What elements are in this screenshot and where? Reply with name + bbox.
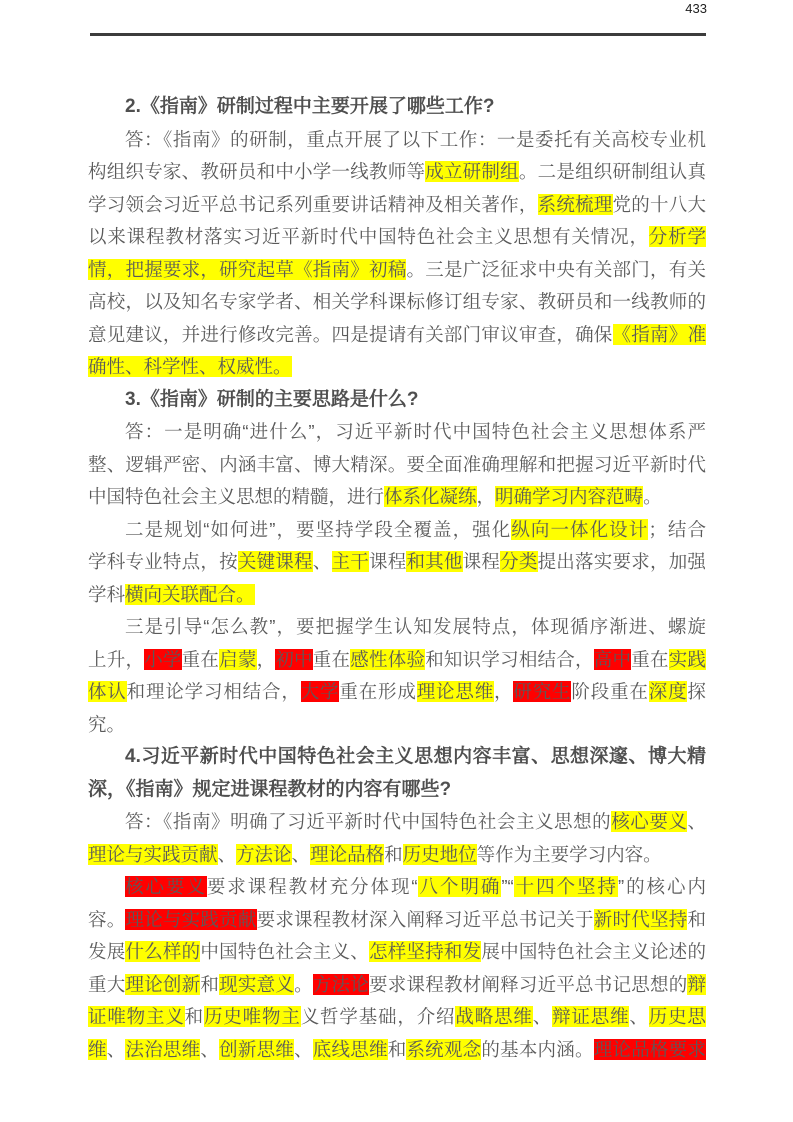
text-run: 、 <box>294 1039 313 1060</box>
text-line: 深，《指南》规定进课程教材的内容有哪些? <box>88 774 706 807</box>
text-line: 学科专业特点，按关键课程、主干课程和其他课程分类提出落实要求，加强 <box>88 546 706 579</box>
yellow-highlight: 分析学 <box>649 226 706 247</box>
yellow-highlight: 十四个坚持 <box>514 876 618 897</box>
text-run: 3.《指南》研制的主要思路是什么? <box>125 389 418 410</box>
yellow-highlight: 八个明确 <box>418 876 502 897</box>
text-run: 答：《指南》的研制，重点开展了以下工作：一是委托有关高校专业机 <box>125 129 706 150</box>
yellow-highlight: 分类 <box>500 551 537 572</box>
text-run: 三是引导“怎么教”，要把握学生认知发展特点，体现循序渐进、螺旋 <box>125 616 706 637</box>
answer-paragraph: 答：《指南》明确了习近平新时代中国特色社会主义思想的核心要义、理论与实践贡献、方… <box>88 806 706 871</box>
text-run: 重大 <box>88 974 125 995</box>
text-line: 维、法治思维、创新思维、底线思维和系统观念的基本内涵。理论品格要求 <box>88 1034 706 1067</box>
text-run: 和 <box>384 844 403 865</box>
text-line: 学习领会习近平总书记系列重要讲话精神及相关著作，系统梳理党的十八大 <box>88 189 706 222</box>
text-line: 三是引导“怎么教”，要把握学生认知发展特点，体现循序渐进、螺旋 <box>88 611 706 644</box>
text-run: 。三是广泛征求中央有关部门，有关 <box>406 259 706 280</box>
text-line: 意见建议，并进行修改完善。四是提请有关部门审议审查，确保《指南》准 <box>88 319 706 352</box>
text-run: 中国特色社会主义思想的精髓，进行 <box>88 486 384 507</box>
yellow-highlight: 怎样坚持和发 <box>369 941 481 962</box>
text-run: 上升， <box>88 649 144 670</box>
document-body: 2.《指南》研制过程中主要开展了哪些工作?答：《指南》的研制，重点开展了以下工作… <box>88 91 706 1066</box>
yellow-highlight: 深度 <box>649 681 688 702</box>
answer-paragraph: 三是引导“怎么教”，要把握学生认知发展特点，体现循序渐进、螺旋上升，小学重在启蒙… <box>88 611 706 741</box>
text-run: 党的十八大 <box>613 194 706 215</box>
text-run: 的基本内涵。 <box>481 1039 593 1060</box>
text-run: 意见建议，并进行修改完善。四是提请有关部门审议审查，确保 <box>88 324 613 345</box>
yellow-highlight: 维 <box>88 1039 107 1060</box>
document-page: 433 2.《指南》研制过程中主要开展了哪些工作?答：《指南》的研制，重点开展了… <box>0 0 793 1122</box>
yellow-highlight: 创新思维 <box>219 1039 294 1060</box>
text-run: 和知识学习相结合， <box>425 649 594 670</box>
answer-paragraph: 答：《指南》的研制，重点开展了以下工作：一是委托有关高校专业机构组织专家、教研员… <box>88 124 706 384</box>
text-line: 情，把握要求，研究起草《指南》初稿。三是广泛征求中央有关部门，有关 <box>88 254 706 287</box>
red-highlight: 理论品格要求 <box>594 1039 706 1060</box>
yellow-highlight: 核心要义 <box>611 811 687 832</box>
question-heading: 4.习近平新时代中国特色社会主义思想内容丰富、思想深邃、博大精深，《指南》规定进… <box>88 741 706 806</box>
text-run: 重在 <box>313 649 350 670</box>
yellow-highlight: 系统梳理 <box>538 194 613 215</box>
text-line: 究。 <box>88 709 706 742</box>
answer-paragraph: 核心要义要求课程教材充分体现“八个明确”“十四个坚持”的核心内容。理论与实践贡献… <box>88 871 706 1066</box>
text-run: 课程 <box>369 551 406 572</box>
yellow-highlight: 确性、科学性、权威性。 <box>88 356 292 377</box>
text-run: ， <box>477 486 496 507</box>
text-line: 高校，以及知名专家学者、相关学科课标修订组专家、教研员和一线教师的 <box>88 286 706 319</box>
text-run: 重在形成 <box>339 681 416 702</box>
text-run: ， <box>257 649 276 670</box>
yellow-highlight: 《指南》准 <box>613 324 706 345</box>
yellow-highlight: 启蒙 <box>219 649 256 670</box>
text-line: 二是规划“如何进”，要坚持学段全覆盖，强化纵向一体化设计；结合 <box>88 514 706 547</box>
text-run: 深，《指南》规定进课程教材的内容有哪些? <box>88 779 451 800</box>
text-line: 整、逻辑严密、内涵丰富、博大精深。要全面准确理解和把握习近平新时代 <box>88 449 706 482</box>
text-line: 答：《指南》的研制，重点开展了以下工作：一是委托有关高校专业机 <box>88 124 706 157</box>
text-line: 2.《指南》研制过程中主要开展了哪些工作? <box>88 91 706 124</box>
text-run: 和理论学习相结合， <box>127 681 301 702</box>
yellow-highlight: 历史思 <box>649 1006 706 1027</box>
question-heading: 2.《指南》研制过程中主要开展了哪些工作? <box>88 91 706 124</box>
yellow-highlight: 理论思维 <box>417 681 494 702</box>
text-line: 证唯物主义和历史唯物主义哲学基础，介绍战略思维、辩证思维、历史思 <box>88 1001 706 1034</box>
text-run: 等作为主要学习内容。 <box>477 844 662 865</box>
yellow-highlight: 感性体验 <box>350 649 425 670</box>
text-run: 和 <box>185 1006 204 1027</box>
yellow-highlight: 证唯物主义 <box>88 1006 185 1027</box>
text-run: 、 <box>533 1006 552 1027</box>
yellow-highlight: 理论与实践贡献 <box>88 844 218 865</box>
text-run: 4.习近平新时代中国特色社会主义思想内容丰富、思想深邃、博大精 <box>125 746 706 767</box>
yellow-highlight: 历史唯物主 <box>204 1006 301 1027</box>
text-run: 要求课程教材深入阐释习近平总书记关于 <box>257 909 594 930</box>
text-line: 构组织专家、教研员和中小学一线教师等成立研制组。二是组织研制组认真 <box>88 156 706 189</box>
red-highlight: 理论与实践贡献 <box>125 909 256 930</box>
text-run: 重在 <box>631 649 668 670</box>
yellow-highlight: 情，把握要求，研究起草《指南》初稿 <box>88 259 406 280</box>
text-run: ”的核心内 <box>618 876 706 897</box>
text-run: 中国特色社会主义、 <box>200 941 369 962</box>
yellow-highlight: 辩证思维 <box>552 1006 629 1027</box>
red-highlight: 大学 <box>301 681 340 702</box>
yellow-highlight: 实践 <box>669 649 706 670</box>
text-run: 究。 <box>88 714 125 735</box>
text-line: 确性、科学性、权威性。 <box>88 351 706 384</box>
text-line: 发展什么样的中国特色社会主义、怎样坚持和发展中国特色社会主义论述的 <box>88 936 706 969</box>
red-highlight: 核心要义 <box>125 876 207 897</box>
yellow-highlight: 历史地位 <box>403 844 477 865</box>
text-line: 上升，小学重在启蒙，初中重在感性体验和知识学习相结合，高中重在实践 <box>88 644 706 677</box>
text-run: 学科 <box>88 584 125 605</box>
text-line: 容。理论与实践贡献要求课程教材深入阐释习近平总书记关于新时代坚持和 <box>88 904 706 937</box>
yellow-highlight: 理论品格 <box>310 844 384 865</box>
text-line: 答：一是明确“进什么”，习近平新时代中国特色社会主义思想体系严 <box>88 416 706 449</box>
red-highlight: 方法论 <box>313 974 369 995</box>
text-run: 提出落实要求，加强 <box>538 551 706 572</box>
text-run: 学习领会习近平总书记系列重要讲话精神及相关著作， <box>88 194 538 215</box>
text-run: 、 <box>629 1006 648 1027</box>
yellow-highlight: 新时代坚持 <box>594 909 688 930</box>
yellow-highlight: 系统观念 <box>406 1039 481 1060</box>
text-run: 整、逻辑严密、内涵丰富、博大精深。要全面准确理解和把握习近平新时代 <box>88 454 706 475</box>
text-run: 二是规划“如何进”，要坚持学段全覆盖，强化 <box>125 519 511 540</box>
yellow-highlight: 和其他 <box>406 551 462 572</box>
text-run: 、 <box>200 1039 219 1060</box>
text-run: 、 <box>687 811 706 832</box>
text-run: 、 <box>218 844 237 865</box>
text-line: 3.《指南》研制的主要思路是什么? <box>88 384 706 417</box>
text-run: ；结合 <box>648 519 706 540</box>
text-run: 答：《指南》明确了习近平新时代中国特色社会主义思想的 <box>125 811 611 832</box>
header-rule <box>90 33 706 36</box>
text-run: 学科专业特点，按 <box>88 551 238 572</box>
text-run: 以来课程教材落实习近平新时代中国特色社会主义思想有关情况， <box>88 226 649 247</box>
text-run: 和 <box>388 1039 407 1060</box>
text-run: 和 <box>687 909 706 930</box>
text-run: 展中国特色社会主义论述的 <box>481 941 706 962</box>
text-line: 学科横向关联配合。 <box>88 579 706 612</box>
text-run: 探 <box>687 681 706 702</box>
text-line: 体认和理论学习相结合，大学重在形成理论思维，研究生阶段重在深度探 <box>88 676 706 709</box>
question-heading: 3.《指南》研制的主要思路是什么? <box>88 384 706 417</box>
text-line: 重大理论创新和现实意义。方法论要求课程教材阐释习近平总书记思想的辩 <box>88 969 706 1002</box>
text-run: 构组织专家、教研员和中小学一线教师等 <box>88 161 425 182</box>
text-run: 、 <box>292 844 311 865</box>
yellow-highlight: 体认 <box>88 681 127 702</box>
yellow-highlight: 辩 <box>687 974 706 995</box>
text-line: 答：《指南》明确了习近平新时代中国特色社会主义思想的核心要义、 <box>88 806 706 839</box>
text-line: 以来课程教材落实习近平新时代中国特色社会主义思想有关情况，分析学 <box>88 221 706 254</box>
text-run: 容。 <box>88 909 125 930</box>
yellow-highlight: 横向关联配合。 <box>125 584 255 605</box>
text-line: 4.习近平新时代中国特色社会主义思想内容丰富、思想深邃、博大精 <box>88 741 706 774</box>
answer-paragraph: 答：一是明确“进什么”，习近平新时代中国特色社会主义思想体系严整、逻辑严密、内涵… <box>88 416 706 514</box>
red-highlight: 高中 <box>594 649 631 670</box>
text-line: 核心要义要求课程教材充分体现“八个明确”“十四个坚持”的核心内 <box>88 871 706 904</box>
text-run: 2.《指南》研制过程中主要开展了哪些工作? <box>125 96 494 117</box>
yellow-highlight: 关键课程 <box>238 551 313 572</box>
text-run: 。二是组织研制组认真 <box>519 161 706 182</box>
yellow-highlight: 体系化凝练 <box>384 486 477 507</box>
text-run: 、 <box>313 551 332 572</box>
yellow-highlight: 什么样的 <box>125 941 200 962</box>
page-number: 433 <box>685 1 707 16</box>
text-line: 理论与实践贡献、方法论、理论品格和历史地位等作为主要学习内容。 <box>88 839 706 872</box>
yellow-highlight: 底线思维 <box>313 1039 388 1060</box>
yellow-highlight: 理论创新 <box>125 974 200 995</box>
text-run: 高校，以及知名专家学者、相关学科课标修订组专家、教研员和一线教师的 <box>88 291 706 312</box>
yellow-highlight: 法治思维 <box>125 1039 200 1060</box>
red-highlight: 小学 <box>144 649 181 670</box>
red-highlight: 初中 <box>275 649 312 670</box>
text-run: 发展 <box>88 941 125 962</box>
yellow-highlight: 主干 <box>332 551 369 572</box>
text-run: ”“ <box>501 876 513 897</box>
text-line: 中国特色社会主义思想的精髓，进行体系化凝练，明确学习内容范畴。 <box>88 481 706 514</box>
yellow-highlight: 明确学习内容范畴 <box>495 486 643 507</box>
text-run: ， <box>494 681 513 702</box>
yellow-highlight: 方法论 <box>236 844 292 865</box>
text-run: 义哲学基础，介绍 <box>301 1006 456 1027</box>
text-run: 要求课程教材充分体现“ <box>207 876 418 897</box>
yellow-highlight: 现实意义 <box>219 974 294 995</box>
text-run: 阶段重在 <box>571 681 648 702</box>
text-run: 课程 <box>463 551 500 572</box>
yellow-highlight: 战略思维 <box>455 1006 532 1027</box>
text-run: 要求课程教材阐释习近平总书记思想的 <box>369 974 687 995</box>
text-run: 、 <box>107 1039 126 1060</box>
answer-paragraph: 二是规划“如何进”，要坚持学段全覆盖，强化纵向一体化设计；结合学科专业特点，按关… <box>88 514 706 612</box>
red-highlight: 研究生 <box>513 681 571 702</box>
text-run: 答：一是明确“进什么”，习近平新时代中国特色社会主义思想体系严 <box>125 421 706 442</box>
yellow-highlight: 成立研制组 <box>425 161 519 182</box>
text-run: 和 <box>200 974 219 995</box>
yellow-highlight: 纵向一体化设计 <box>511 519 648 540</box>
text-run: 。 <box>294 974 313 995</box>
text-run: 重在 <box>182 649 219 670</box>
text-run: 。 <box>643 486 662 507</box>
